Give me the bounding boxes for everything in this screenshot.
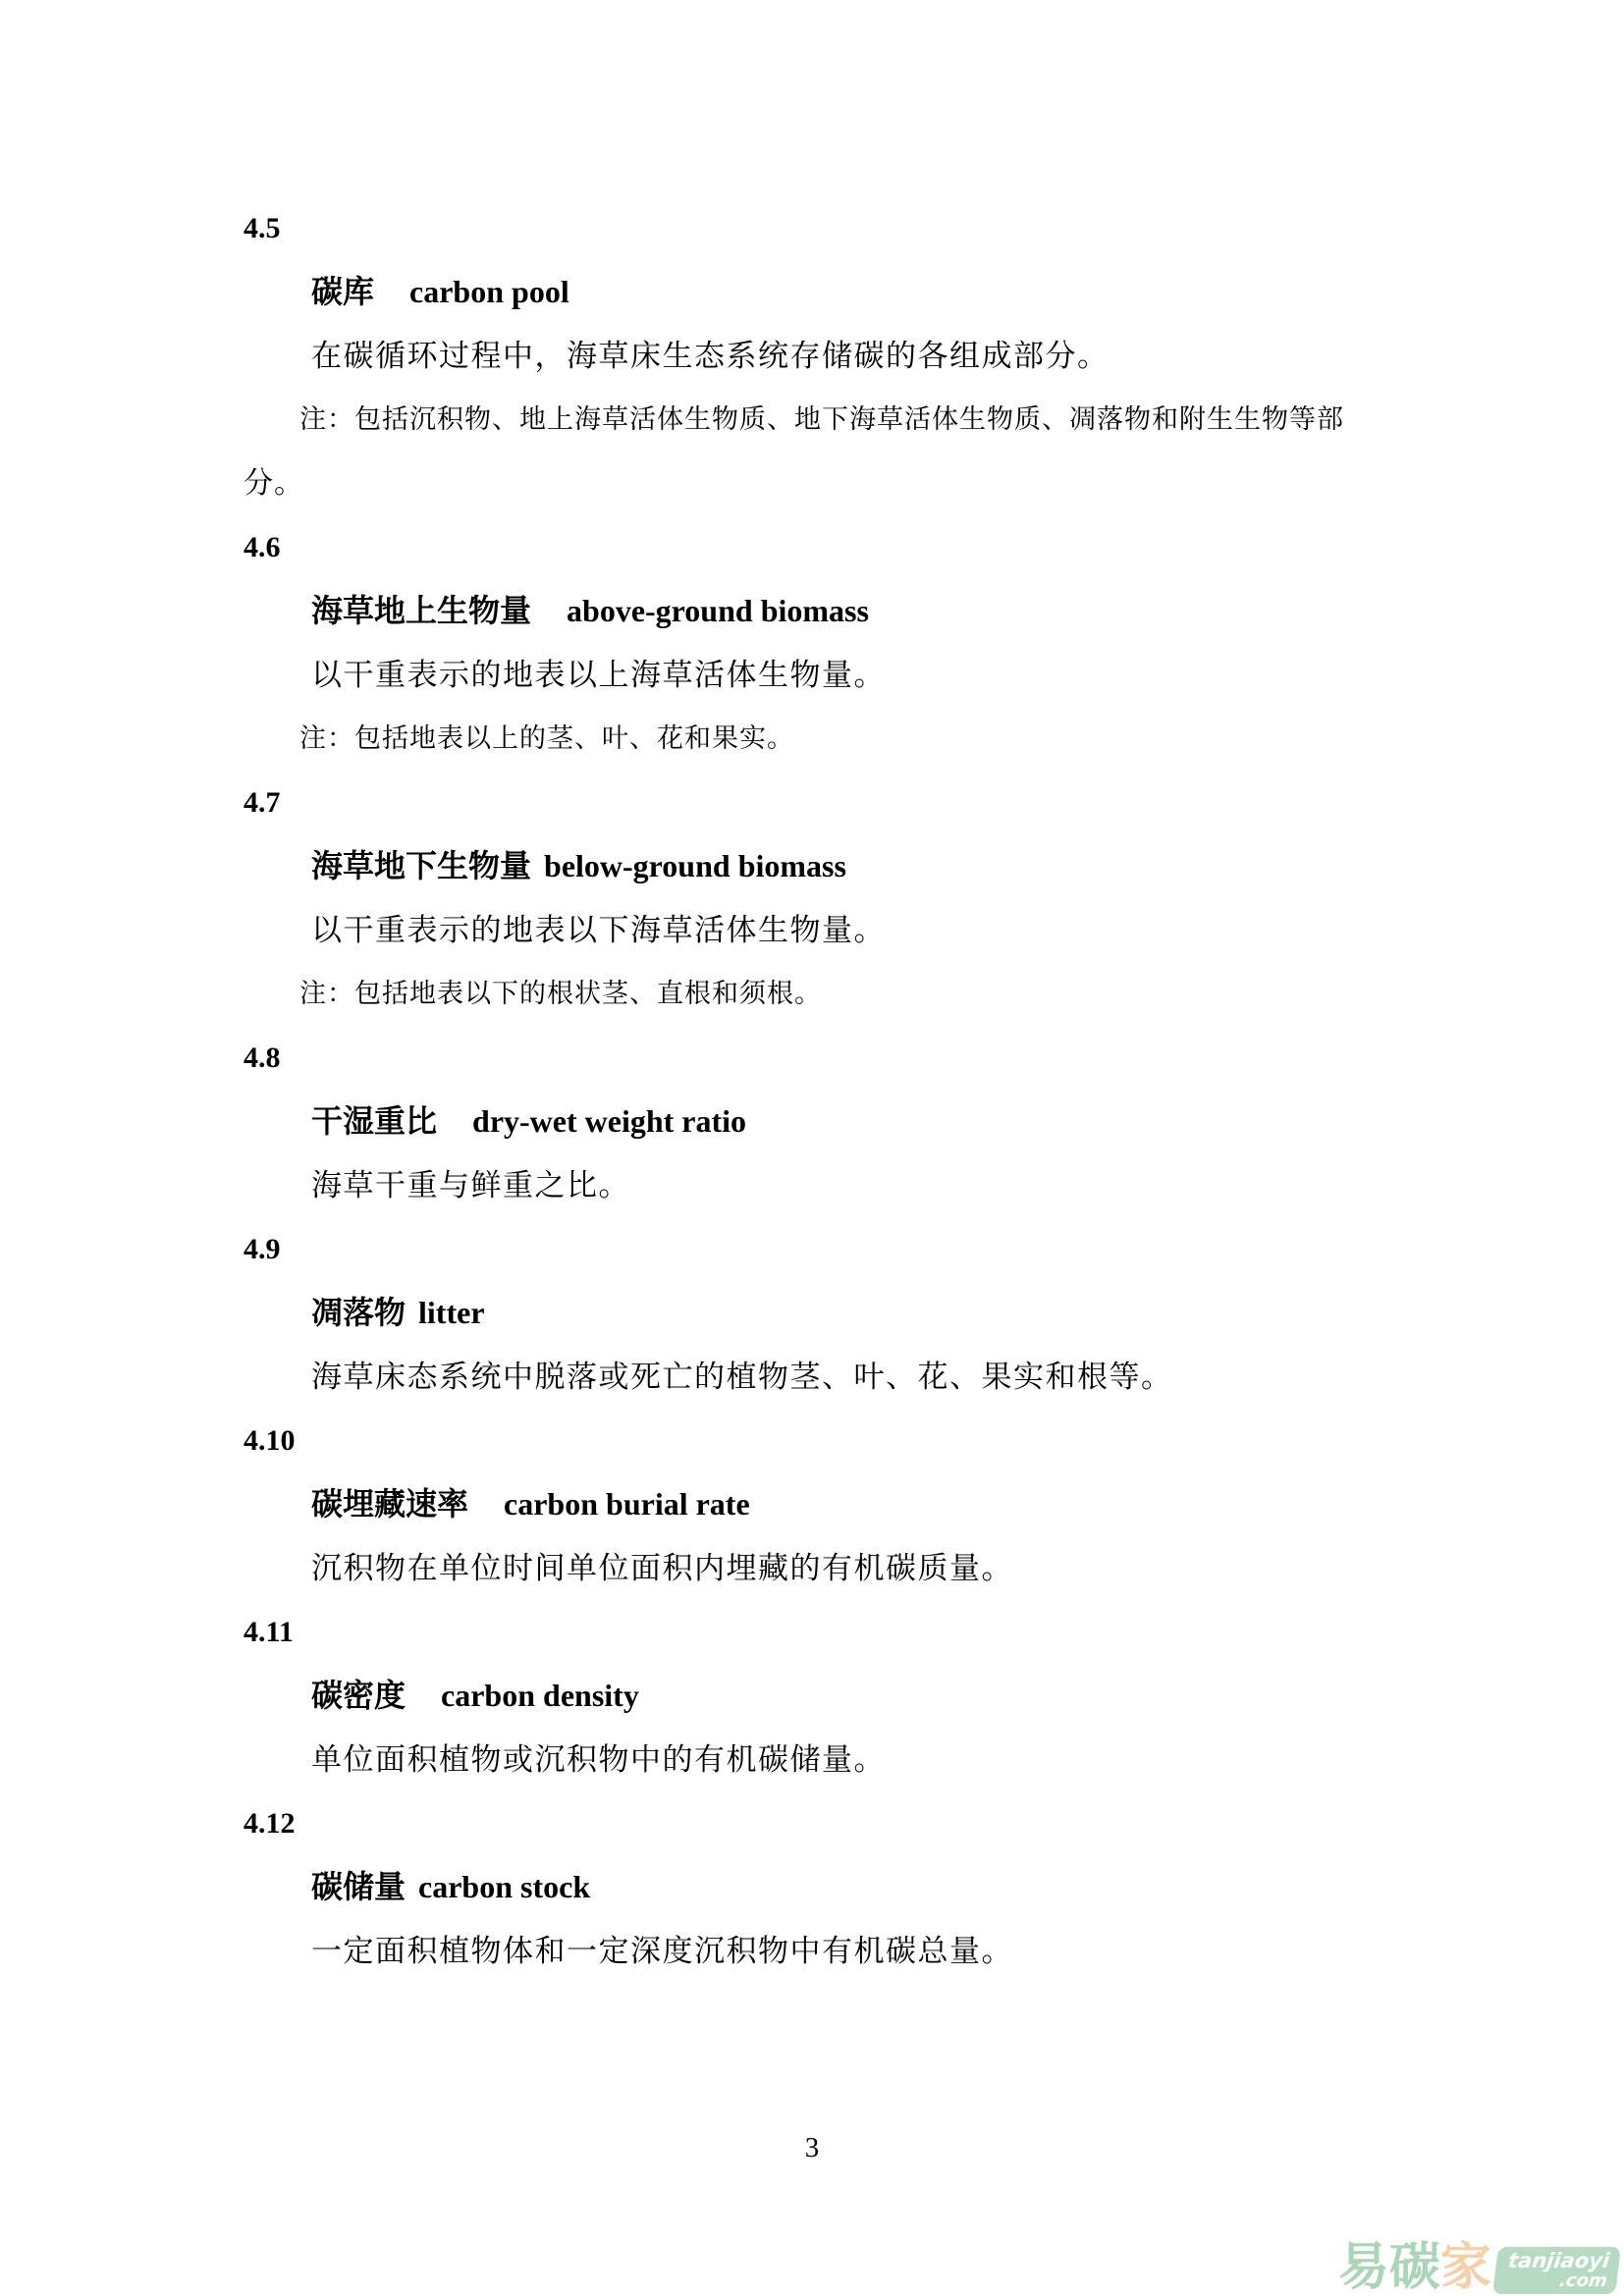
watermark-site-tld: .com — [1504, 2271, 1607, 2290]
term-heading: 凋落物litter — [311, 1281, 1624, 1345]
section-number: 4.9 — [244, 1217, 1624, 1281]
term-chinese: 碳储量 — [311, 1869, 406, 1904]
term-section: 4.8干湿重比dry-wet weight ratio海草干重与鲜重之比。 — [0, 1026, 1624, 1217]
definition-text: 以干重表示的地表以上海草活体生物量。 — [311, 643, 1624, 707]
term-heading: 碳埋藏速率carbon burial rate — [311, 1472, 1624, 1536]
term-heading: 海草地上生物量above-ground biomass — [311, 579, 1624, 643]
watermark-char-yi: 易 — [1338, 2241, 1389, 2294]
term-heading: 海草地下生物量below-ground biomass — [311, 834, 1624, 898]
term-chinese: 碳埋藏速率 — [311, 1486, 468, 1522]
section-number: 4.8 — [244, 1026, 1624, 1090]
terms-and-definitions: 4.5碳库carbon pool在碳循环过程中，海草床生态系统存储碳的各组成部分… — [0, 196, 1624, 1983]
term-section: 4.12碳储量carbon stock一定面积植物体和一定深度沉积物中有机碳总量… — [0, 1791, 1624, 1983]
term-heading: 碳密度carbon density — [311, 1664, 1624, 1728]
term-chinese: 碳密度 — [311, 1678, 406, 1713]
term-section: 4.11碳密度carbon density单位面积植物或沉积物中的有机碳储量。 — [0, 1600, 1624, 1791]
watermark-site-name: tanjiaoyi — [1507, 2250, 1611, 2271]
definition-text: 在碳循环过程中，海草床生态系统存储碳的各组成部分。 — [311, 324, 1624, 388]
section-number: 4.10 — [244, 1409, 1624, 1472]
definition-text: 一定面积植物体和一定深度沉积物中有机碳总量。 — [311, 1919, 1624, 1983]
definition-text: 沉积物在单位时间单位面积内埋藏的有机碳质量。 — [311, 1536, 1624, 1600]
term-heading: 碳储量carbon stock — [311, 1855, 1624, 1919]
watermark-char-jia: 家 — [1440, 2241, 1491, 2294]
term-english: above-ground biomass — [567, 593, 869, 628]
term-heading: 碳库carbon pool — [311, 260, 1624, 324]
term-section: 4.5碳库carbon pool在碳循环过程中，海草床生态系统存储碳的各组成部分… — [0, 196, 1624, 515]
term-english: carbon pool — [409, 274, 569, 309]
term-english: carbon stock — [418, 1869, 590, 1904]
section-number: 4.5 — [244, 196, 1624, 260]
term-section: 4.10碳埋藏速率carbon burial rate沉积物在单位时间单位面积内… — [0, 1409, 1624, 1600]
section-number: 4.7 — [244, 771, 1624, 834]
term-chinese: 凋落物 — [311, 1295, 406, 1330]
term-english: below-ground biomass — [544, 848, 846, 883]
term-chinese: 干湿重比 — [311, 1103, 437, 1139]
term-section: 4.6海草地上生物量above-ground biomass以干重表示的地表以上… — [0, 515, 1624, 771]
document-page: 4.5碳库carbon pool在碳循环过程中，海草床生态系统存储碳的各组成部分… — [0, 0, 1624, 2296]
note-text: 分。 — [244, 452, 1624, 515]
watermark-char-tan: 碳 — [1389, 2241, 1440, 2294]
section-number: 4.11 — [244, 1600, 1624, 1664]
section-number: 4.6 — [244, 515, 1624, 579]
term-heading: 干湿重比dry-wet weight ratio — [311, 1090, 1624, 1153]
watermark-logo: 易 碳 家 tanjiaoyi .com — [1338, 2241, 1618, 2294]
term-chinese: 碳库 — [311, 274, 374, 309]
term-section: 4.9凋落物litter海草床态系统中脱落或死亡的植物茎、叶、花、果实和根等。 — [0, 1217, 1624, 1409]
definition-text: 海草床态系统中脱落或死亡的植物茎、叶、花、果实和根等。 — [311, 1345, 1624, 1409]
definition-text: 单位面积植物或沉积物中的有机碳储量。 — [311, 1728, 1624, 1791]
definition-text: 海草干重与鲜重之比。 — [311, 1153, 1624, 1217]
term-section: 4.7海草地下生物量below-ground biomass以干重表示的地表以下… — [0, 771, 1624, 1026]
note-text: 注：包括沉积物、地上海草活体生物质、地下海草活体生物质、凋落物和附生生物等部 — [299, 388, 1624, 452]
term-chinese: 海草地下生物量 — [311, 848, 531, 883]
term-english: dry-wet weight ratio — [472, 1103, 746, 1139]
term-chinese: 海草地上生物量 — [311, 593, 531, 628]
note-text: 注：包括地表以上的茎、叶、花和果实。 — [299, 707, 1624, 771]
watermark-site-badge: tanjiaoyi .com — [1492, 2247, 1621, 2294]
note-text: 注：包括地表以下的根状茎、直根和须根。 — [299, 962, 1624, 1026]
term-english: litter — [418, 1295, 485, 1330]
term-english: carbon density — [441, 1678, 639, 1713]
page-number: 3 — [0, 2118, 1624, 2177]
definition-text: 以干重表示的地表以下海草活体生物量。 — [311, 898, 1624, 962]
section-number: 4.12 — [244, 1791, 1624, 1855]
term-english: carbon burial rate — [504, 1486, 750, 1522]
